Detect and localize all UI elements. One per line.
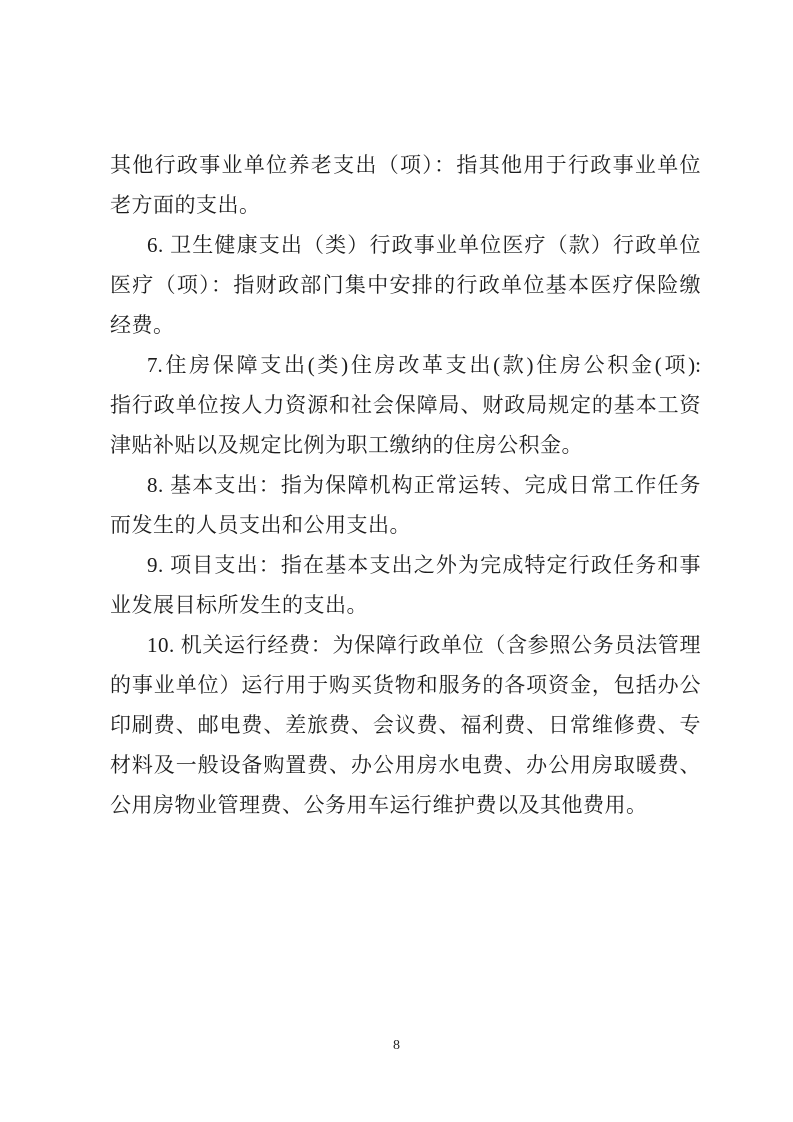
paragraph-item-10-operating: 10. 机关运行经费：为保障行政单位（含参照公务员法管理 的事业单位）运行用于购… bbox=[110, 625, 701, 825]
text-line: 指行政单位按人力资源和社会保障局、财政局规定的基本工资和 bbox=[110, 385, 701, 425]
text-line: 老方面的支出。 bbox=[110, 185, 701, 225]
text-line: 公用房物业管理费、公务用车运行维护费以及其他费用。 bbox=[110, 785, 701, 825]
text-line: 10. 机关运行经费：为保障行政单位（含参照公务员法管理 bbox=[110, 625, 701, 665]
document-page: 其他行政事业单位养老支出（项）：指其他用于行政事业单位养 老方面的支出。 6. … bbox=[0, 0, 793, 1122]
text-line: 而发生的人员支出和公用支出。 bbox=[110, 505, 701, 545]
text-line: 材料及一般设备购置费、办公用房水电费、办公用房取暖费、办 bbox=[110, 745, 701, 785]
text-line: 业发展目标所发生的支出。 bbox=[110, 585, 701, 625]
text-line: 印刷费、邮电费、差旅费、会议费、福利费、日常维修费、专用 bbox=[110, 705, 701, 745]
page-number: 8 bbox=[0, 1036, 793, 1056]
paragraph-item-7-housing: 7.住房保障支出(类)住房改革支出(款)住房公积金(项): 指行政单位按人力资源… bbox=[110, 345, 701, 465]
paragraph-item-8-basic: 8. 基本支出：指为保障机构正常运转、完成日常工作任务 而发生的人员支出和公用支… bbox=[110, 465, 701, 545]
text-line: 7.住房保障支出(类)住房改革支出(款)住房公积金(项): bbox=[110, 345, 701, 385]
document-text-block: 其他行政事业单位养老支出（项）：指其他用于行政事业单位养 老方面的支出。 6. … bbox=[110, 145, 701, 825]
text-line: 其他行政事业单位养老支出（项）：指其他用于行政事业单位养 bbox=[110, 145, 701, 185]
text-line: 津贴补贴以及规定比例为职工缴纳的住房公积金。 bbox=[110, 425, 701, 465]
text-line: 经费。 bbox=[110, 305, 701, 345]
text-line: 的事业单位）运行用于购买货物和服务的各项资金，包括办公及 bbox=[110, 665, 701, 705]
text-line: 8. 基本支出：指为保障机构正常运转、完成日常工作任务 bbox=[110, 465, 701, 505]
paragraph-item-9-project: 9. 项目支出：指在基本支出之外为完成特定行政任务和事 业发展目标所发生的支出。 bbox=[110, 545, 701, 625]
text-line: 6. 卫生健康支出（类）行政事业单位医疗（款）行政单位 bbox=[110, 225, 701, 265]
paragraph-item-6-health: 6. 卫生健康支出（类）行政事业单位医疗（款）行政单位 医疗（项）：指财政部门集… bbox=[110, 225, 701, 345]
text-line: 医疗（项）：指财政部门集中安排的行政单位基本医疗保险缴费 bbox=[110, 265, 701, 305]
text-line: 9. 项目支出：指在基本支出之外为完成特定行政任务和事 bbox=[110, 545, 701, 585]
paragraph-pension-continuation: 其他行政事业单位养老支出（项）：指其他用于行政事业单位养 老方面的支出。 bbox=[110, 145, 701, 225]
